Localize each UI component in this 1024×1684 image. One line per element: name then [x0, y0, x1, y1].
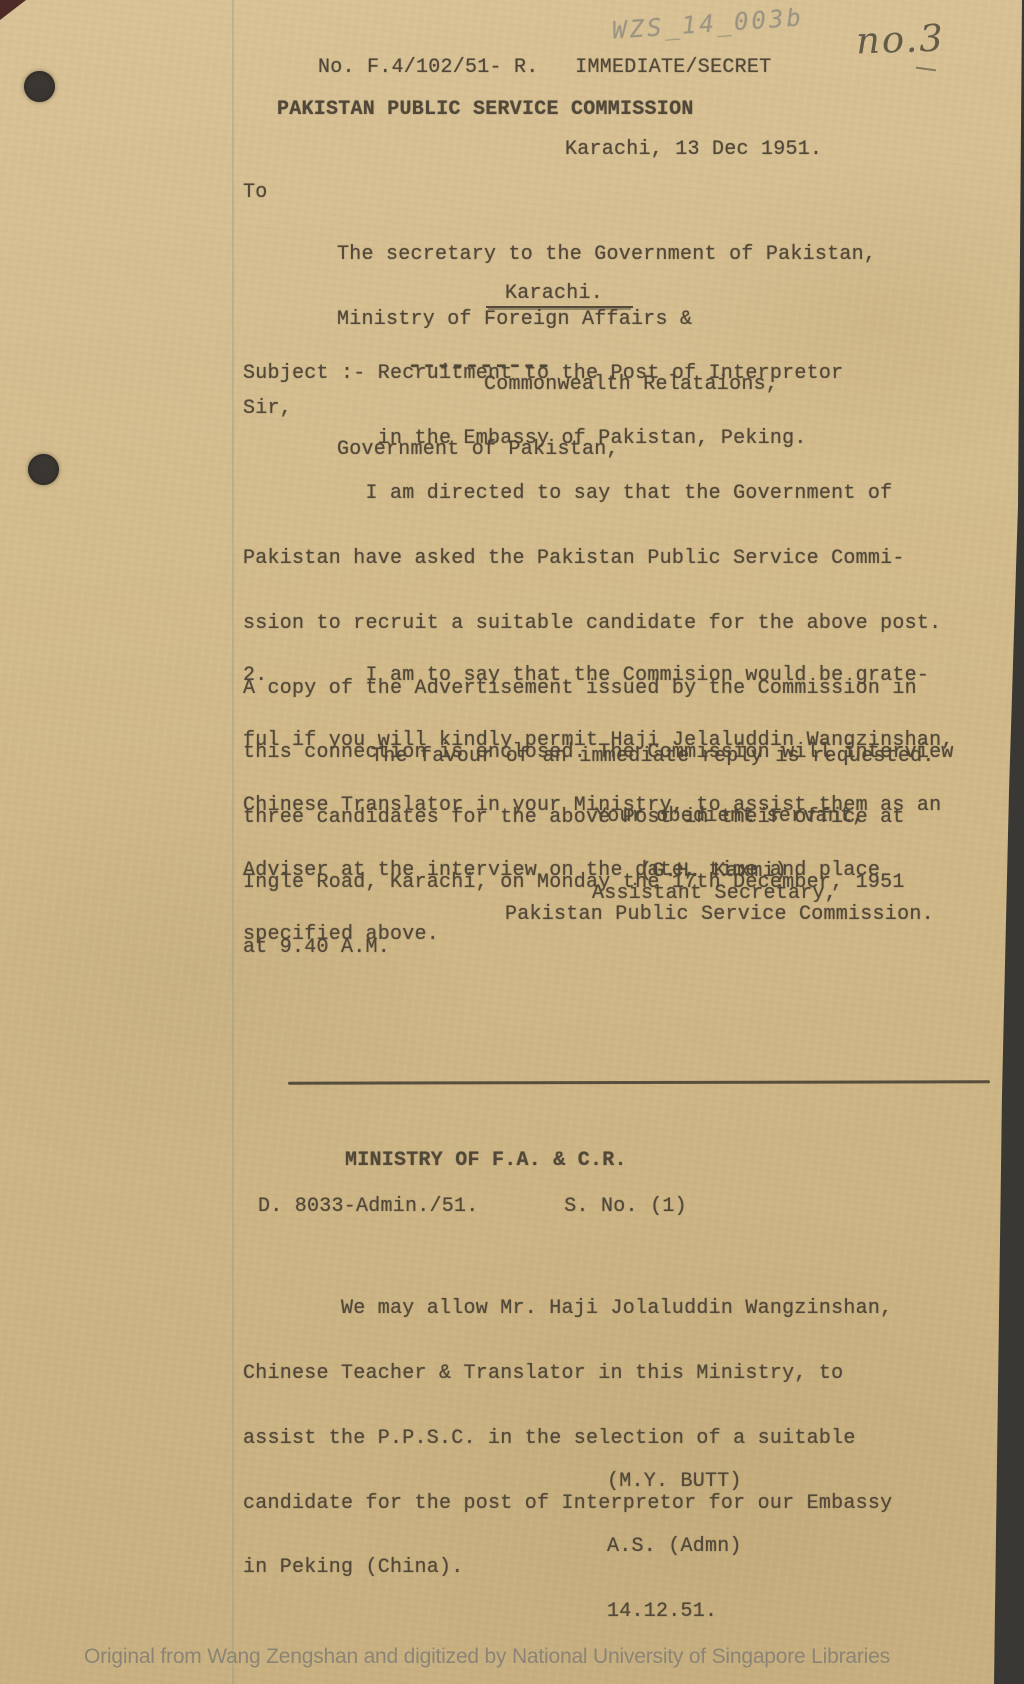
address-city-line: Karachi. — [486, 283, 633, 305]
paragraph-line: Chinese Teacher & Translator in this Min… — [243, 1363, 892, 1385]
margin-rule-line — [232, 0, 234, 1684]
address-city-underlined: Karachi. — [486, 282, 633, 308]
minute-heading: MINISTRY OF F.A. & C.R. — [345, 1150, 627, 1172]
signatory-organization: Pakistan Public Service Commission. — [505, 904, 934, 926]
minute-signature-date: 14.12.51. — [607, 1601, 742, 1623]
minute-signatory-name: (M.Y. BUTT) — [607, 1471, 742, 1493]
dateline: Karachi, 13 Dec 1951. — [565, 139, 822, 161]
page-number-annotation: no.3 — [855, 16, 945, 62]
paragraph-line: Pakistan have asked the Pakistan Public … — [243, 548, 954, 570]
paragraph-line: We may allow Mr. Haji Jolaluddin Wangzin… — [243, 1298, 892, 1320]
subject-divider-dashes: ---------- — [407, 356, 550, 378]
paragraph-line: candidate for the post of Interpretor fo… — [243, 1493, 892, 1515]
salutation: Sir, — [243, 398, 292, 420]
paragraph-line: in Peking (China). — [243, 1557, 892, 1579]
punch-hole-bottom — [28, 454, 59, 485]
paragraph-line: Adviser at the interview on the date, ti… — [243, 860, 954, 882]
minute-signatory-title: A.S. (Admn) — [607, 1536, 742, 1558]
digitization-watermark: Original from Wang Zengshan and digitize… — [84, 1645, 890, 1669]
closing-request-line: The favour of an immediate reply is requ… — [371, 746, 935, 768]
paragraph-line: 2. I am to say that the Commision would … — [243, 665, 954, 687]
signatory-title: Assistant Secretary, — [592, 883, 837, 905]
punch-hole-top — [24, 71, 55, 102]
address-line: The secretary to the Government of Pakis… — [337, 244, 876, 266]
minute-signature-block: (M.Y. BUTT) A.S. (Admn) 14.12.51. — [607, 1428, 742, 1644]
paragraph-line: assist the P.P.S.C. in the selection of … — [243, 1428, 892, 1450]
signatory-name: (G.H. Kaxmi) — [640, 861, 787, 883]
organization-name: PAKISTAN PUBLIC SERVICE COMMISSION — [277, 99, 694, 121]
minute-paragraph: We may allow Mr. Haji Jolaluddin Wangzin… — [243, 1255, 892, 1601]
paragraph-line: I am directed to say that the Government… — [243, 483, 954, 505]
paragraph-line: specified above. — [243, 924, 954, 946]
valediction: Your obedient servant, — [595, 806, 865, 828]
reference-and-classification-line: No. F.4/102/51- R. IMMEDIATE/SECRET — [318, 57, 771, 79]
minute-file-number-line: D. 8033-Admin./51. S. No. (1) — [258, 1196, 687, 1218]
to-label: To — [243, 182, 268, 204]
